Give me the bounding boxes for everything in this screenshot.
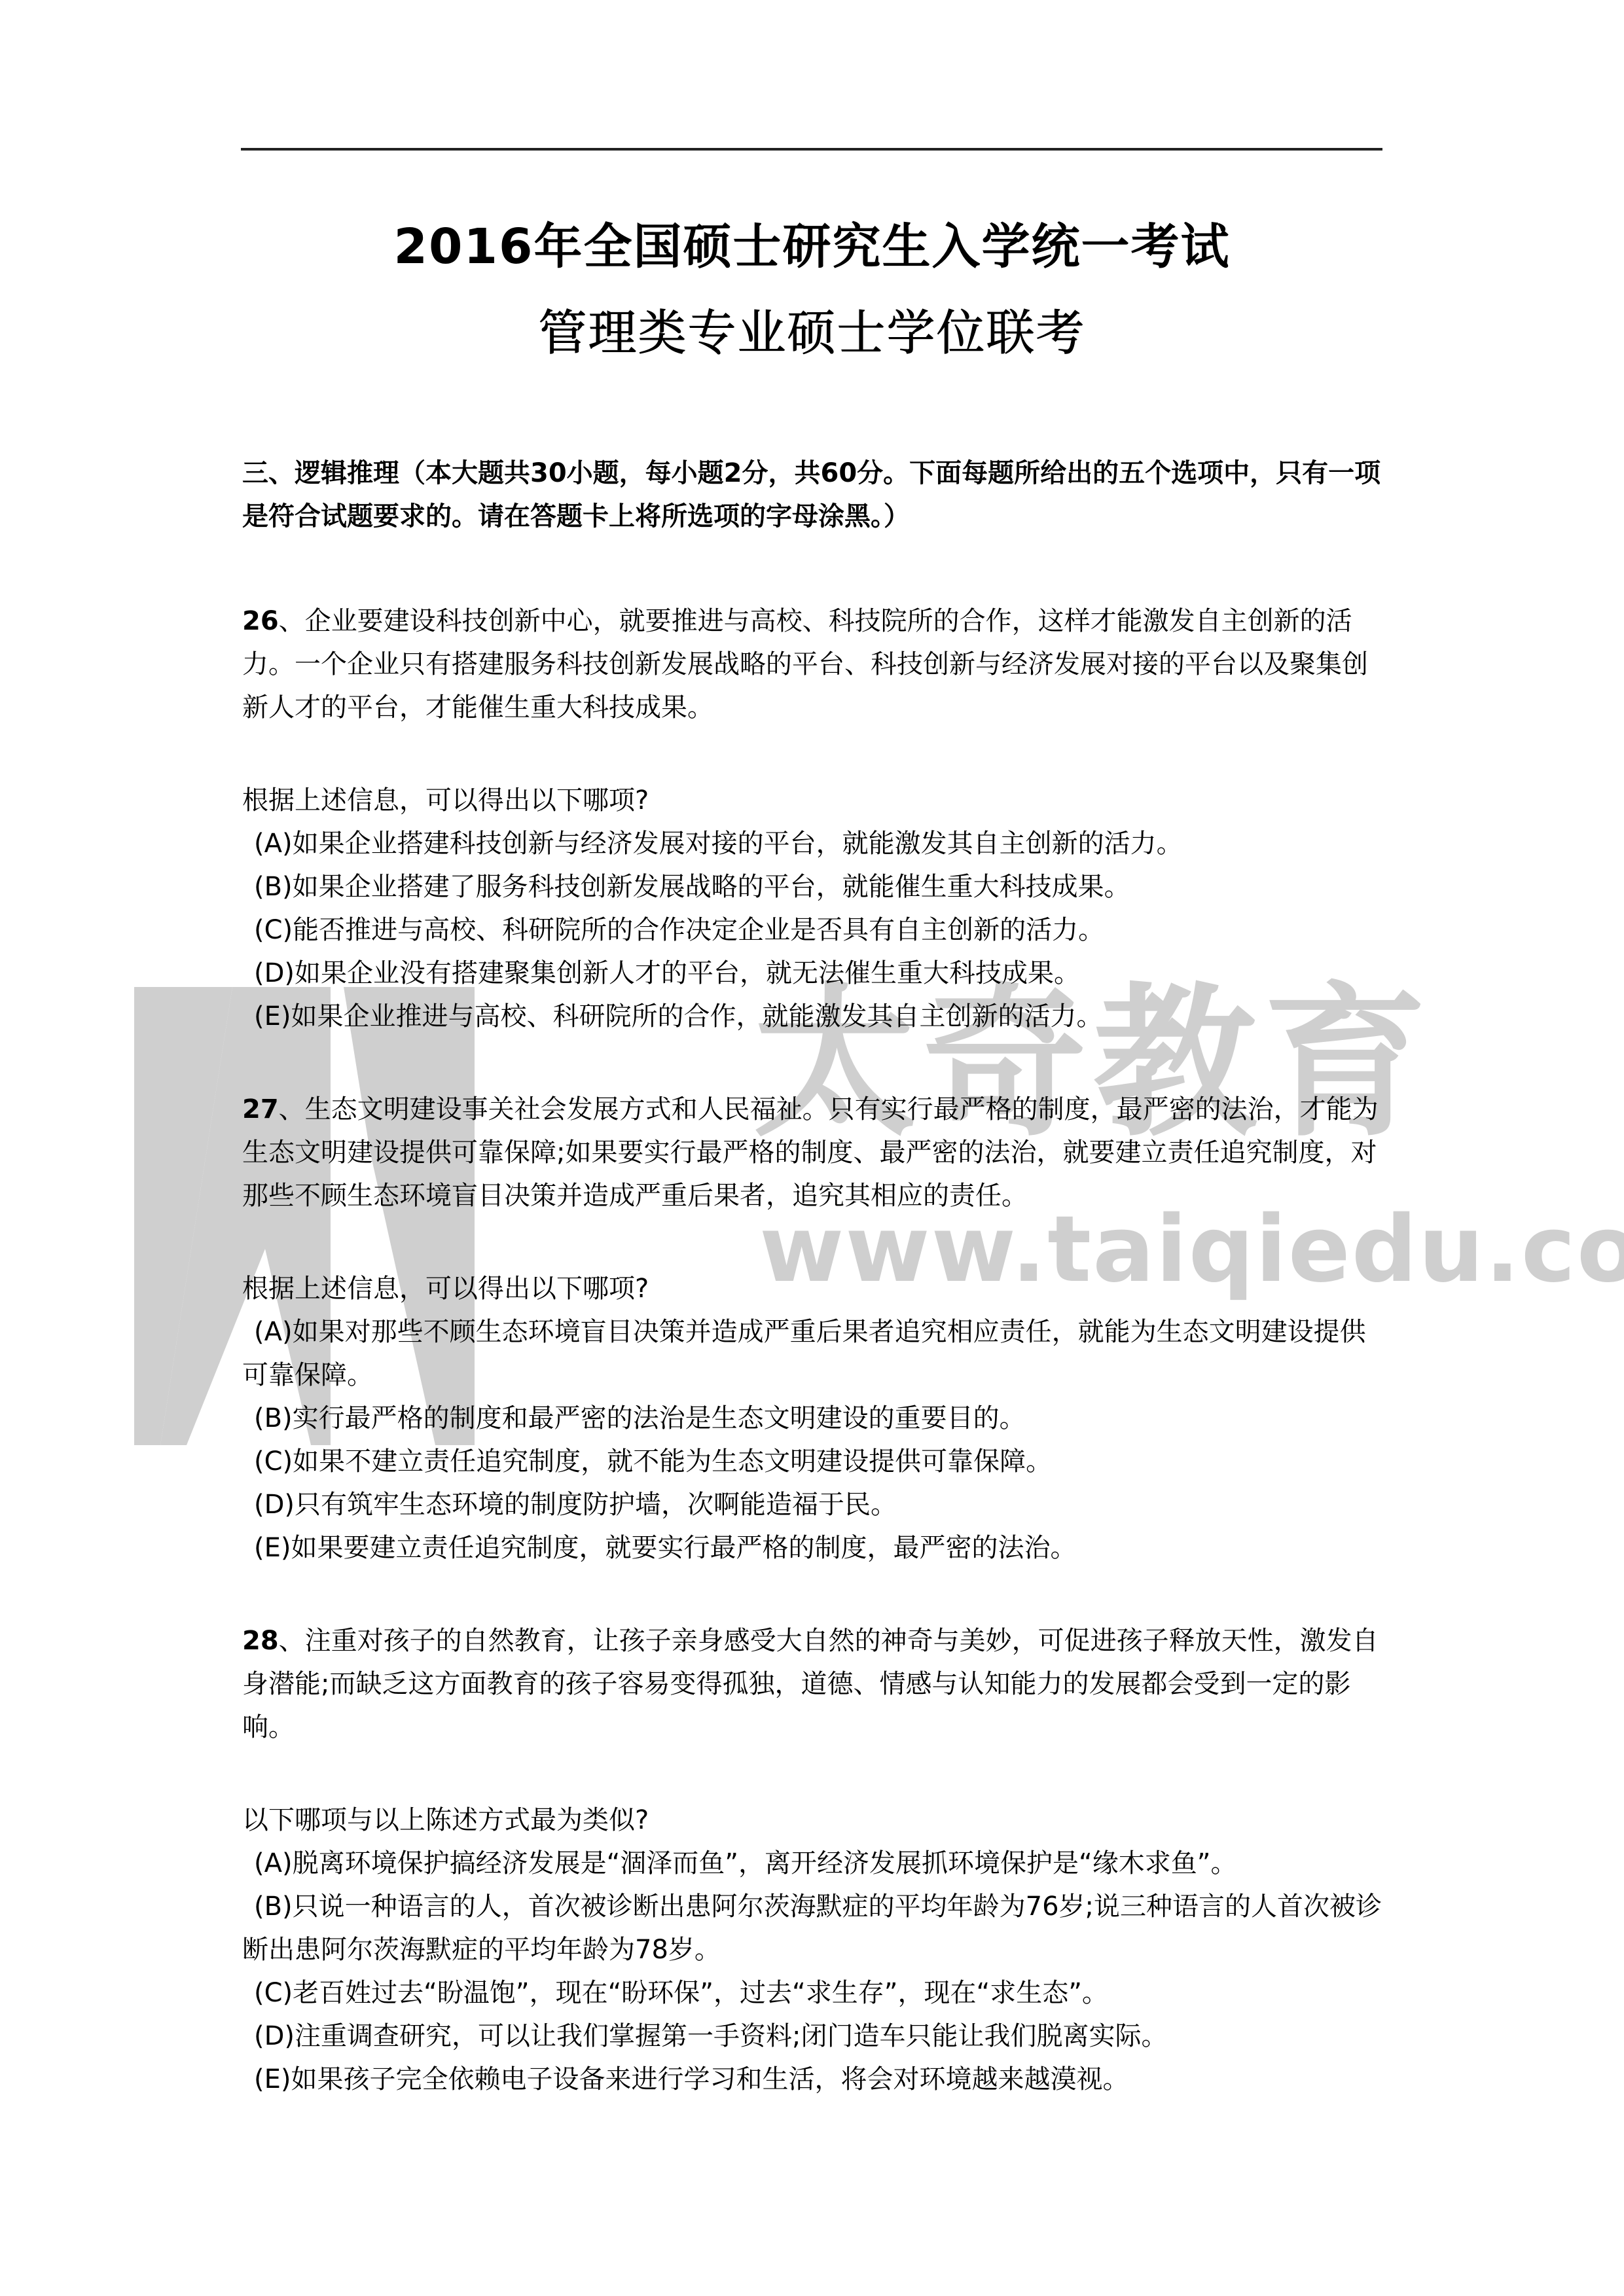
- page-subtitle: 管理类专业硕士学位联考: [0, 295, 1624, 364]
- section-heading: 三、逻辑推理（本大题共30小题，每小题2分，共60分。下面每题所给出的五个选项中…: [242, 452, 1384, 538]
- question-text: 、生态文明建设事关社会发展方式和人民福祉。只有实行最严格的制度，最严密的法治，才…: [242, 1094, 1379, 1211]
- option-b: (B)如果企业搭建了服务科技创新发展战略的平台，就能催生重大科技成果。: [242, 865, 1384, 908]
- option-b: (B)只说一种语言的人，首次被诊断出患阿尔茨海默症的平均年龄为76岁;说三种语言…: [242, 1885, 1384, 1971]
- header-rule: [241, 148, 1382, 151]
- question-number: 26: [242, 606, 279, 636]
- option-e: (E)如果要建立责任追究制度，就要实行最严格的制度，最严密的法治。: [242, 1526, 1384, 1570]
- option-b: (B)实行最严格的制度和最严密的法治是生态文明建设的重要目的。: [242, 1397, 1384, 1440]
- question-28: 28、注重对孩子的自然教育，让孩子亲身感受大自然的神奇与美妙，可促进孩子释放天性…: [242, 1619, 1384, 2101]
- question-prompt: 根据上述信息，可以得出以下哪项?: [242, 1267, 1384, 1310]
- option-e: (E)如果孩子完全依赖电子设备来进行学习和生活，将会对环境越来越漠视。: [242, 2058, 1384, 2101]
- exam-content: 三、逻辑推理（本大题共30小题，每小题2分，共60分。下面每题所给出的五个选项中…: [242, 452, 1384, 2151]
- page-title: 2016年全国硕士研究生入学统一考试: [0, 208, 1624, 278]
- question-number: 27: [242, 1094, 279, 1124]
- question-26: 26、企业要建设科技创新中心，就要推进与高校、科技院所的合作，这样才能激发自主创…: [242, 600, 1384, 1038]
- question-stem: 27、生态文明建设事关社会发展方式和人民福祉。只有实行最严格的制度，最严密的法治…: [242, 1088, 1384, 1217]
- question-prompt: 以下哪项与以上陈述方式最为类似?: [242, 1799, 1384, 1842]
- option-a: (A)如果对那些不顾生态环境盲目决策并造成严重后果者追究相应责任，就能为生态文明…: [242, 1310, 1384, 1397]
- option-c: (C)能否推进与高校、科研院所的合作决定企业是否具有自主创新的活力。: [242, 908, 1384, 952]
- question-number: 28: [242, 1626, 279, 1656]
- option-e: (E)如果企业推进与高校、科研院所的合作，就能激发其自主创新的活力。: [242, 995, 1384, 1038]
- option-a: (A)如果企业搭建科技创新与经济发展对接的平台，就能激发其自主创新的活力。: [242, 822, 1384, 865]
- option-d: (D)如果企业没有搭建聚集创新人才的平台，就无法催生重大科技成果。: [242, 952, 1384, 995]
- question-stem: 26、企业要建设科技创新中心，就要推进与高校、科技院所的合作，这样才能激发自主创…: [242, 600, 1384, 729]
- question-stem: 28、注重对孩子的自然教育，让孩子亲身感受大自然的神奇与美妙，可促进孩子释放天性…: [242, 1619, 1384, 1749]
- option-c: (C)如果不建立责任追究制度，就不能为生态文明建设提供可靠保障。: [242, 1440, 1384, 1483]
- option-c: (C)老百姓过去“盼温饱”，现在“盼环保”，过去“求生存”，现在“求生态”。: [242, 1971, 1384, 2015]
- option-d: (D)注重调查研究，可以让我们掌握第一手资料;闭门造车只能让我们脱离实际。: [242, 2015, 1384, 2058]
- question-prompt: 根据上述信息，可以得出以下哪项?: [242, 779, 1384, 822]
- question-text: 、企业要建设科技创新中心，就要推进与高校、科技院所的合作，这样才能激发自主创新的…: [242, 606, 1368, 723]
- question-text: 、注重对孩子的自然教育，让孩子亲身感受大自然的神奇与美妙，可促进孩子释放天性，激…: [242, 1626, 1379, 1742]
- option-d: (D)只有筑牢生态环境的制度防护墙，次啊能造福于民。: [242, 1483, 1384, 1526]
- question-27: 27、生态文明建设事关社会发展方式和人民福祉。只有实行最严格的制度，最严密的法治…: [242, 1088, 1384, 1570]
- option-a: (A)脱离环境保护搞经济发展是“涸泽而鱼”，离开经济发展抓环境保护是“缘木求鱼”…: [242, 1842, 1384, 1885]
